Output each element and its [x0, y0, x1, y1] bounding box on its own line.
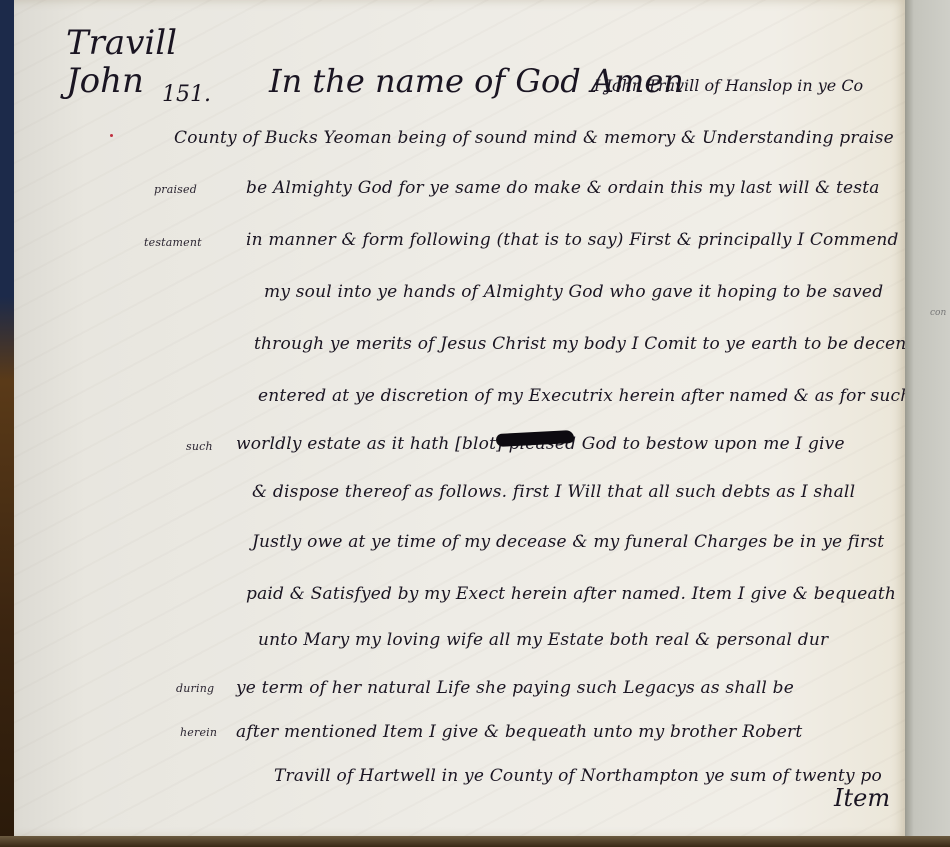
margin-note-2: praised [154, 183, 197, 196]
will-line-10: paid & Satisfyed by my Exect herein afte… [246, 584, 896, 604]
will-line-12: ye term of her natural Life she paying s… [236, 678, 794, 698]
will-line-2: be Almighty God for ye same do make & or… [246, 178, 880, 198]
adjacent-page-edge [905, 0, 950, 847]
will-line-1: County of Bucks Yeoman being of sound mi… [174, 128, 894, 148]
will-line-14: Travill of Hartwell in ye County of Nort… [274, 766, 882, 786]
margin-note-3: testament [144, 236, 202, 249]
margin-note-12: during [176, 682, 214, 695]
will-line-6: entered at ye discretion of my Executrix… [258, 386, 911, 406]
will-line-11: unto Mary my loving wife all my Estate b… [258, 630, 828, 650]
red-ink-mark [110, 134, 113, 137]
catchword: Item [834, 784, 890, 812]
will-line-8: & dispose thereof as follows. first I Wi… [252, 482, 855, 502]
heading-surname: Travill [66, 24, 177, 62]
will-line-3: in manner & form following (that is to s… [246, 230, 899, 250]
will-line-4: my soul into ye hands of Almighty God wh… [264, 282, 883, 302]
margin-note-13: herein [180, 726, 217, 739]
opening-continuation: I John Travill of Hanslop in ye Co [594, 76, 863, 95]
margin-heading: Travill John [66, 24, 177, 100]
adjacent-page-text: con [930, 308, 946, 318]
will-line-9: Justly owe at ye time of my decease & my… [252, 532, 884, 552]
folio-number: 151. [162, 82, 211, 107]
margin-note-7: such [186, 440, 213, 453]
heading-forename: John [66, 62, 177, 100]
will-line-5: through ye merits of Jesus Christ my bod… [254, 334, 929, 354]
page-bottom-edge [0, 836, 950, 847]
manuscript-page: Travill John 151. In the name of God Ame… [14, 0, 907, 838]
will-line-13: after mentioned Item I give & bequeath u… [236, 722, 802, 742]
